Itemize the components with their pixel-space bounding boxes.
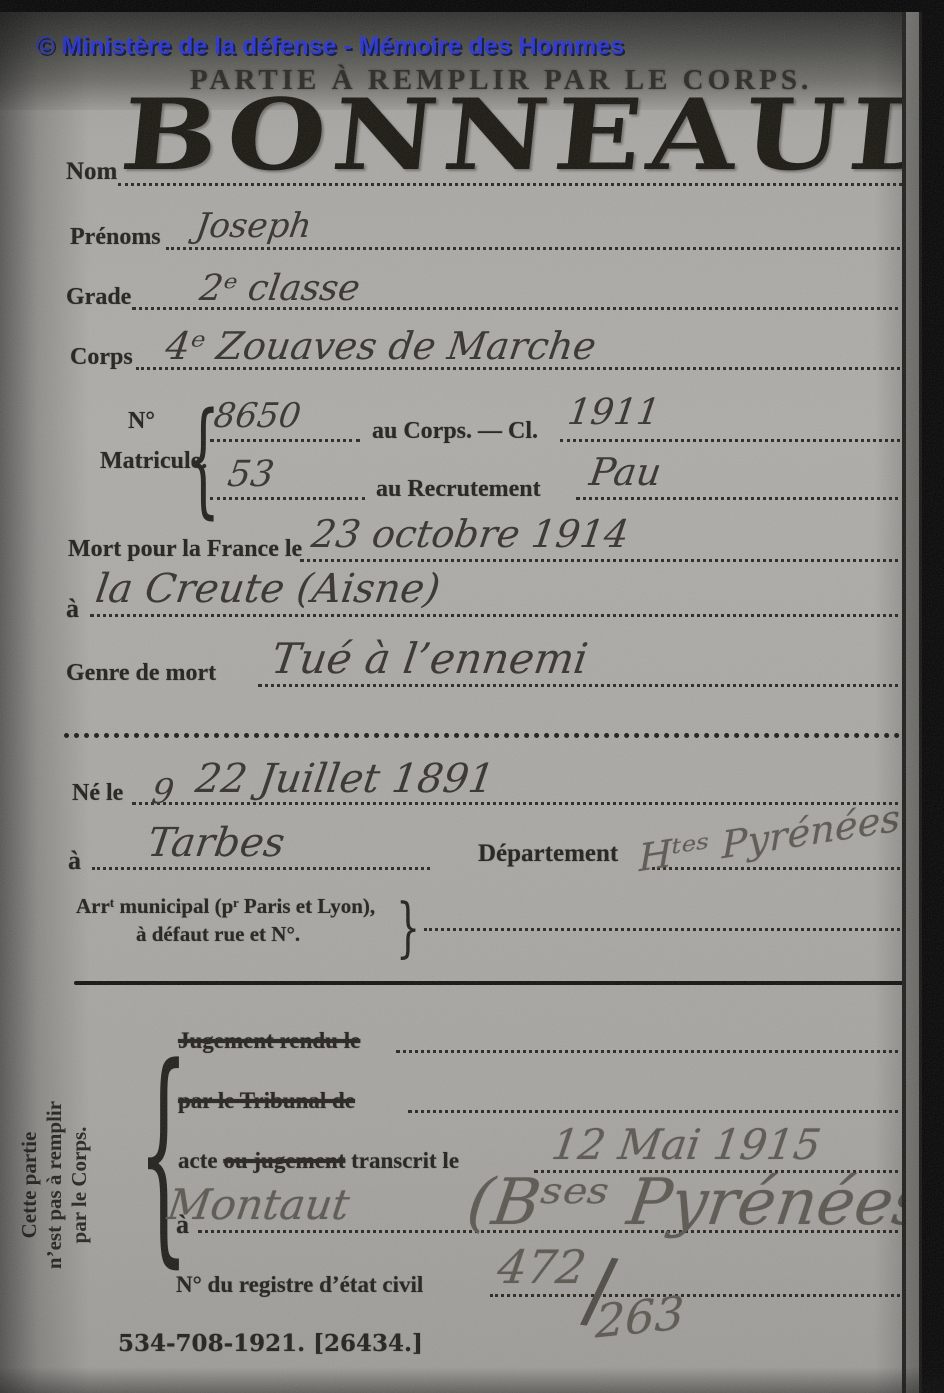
mort-lieu-value: la Creute (Aisne): [93, 566, 443, 612]
ne-lieu-dotted-line: [92, 867, 430, 870]
acte-label-struck: ou jugement: [223, 1148, 345, 1173]
jugement-dotted-line: [396, 1050, 906, 1053]
mort-dotted-line: [300, 559, 906, 562]
sidebar-note-line3: par le Corps.: [67, 1035, 92, 1335]
ministry-watermark: © Ministère de la défense - Mémoire des …: [36, 32, 624, 61]
ne-lieu-label: à: [68, 846, 81, 876]
ne-le-value: 22 Juillet 1891: [193, 756, 498, 802]
matricule-classe-value: 1911: [565, 392, 662, 433]
transcrit-lieu-departement: (Bˢᵉˢ Pyrénées): [463, 1166, 944, 1240]
prenoms-label: Prénoms: [70, 224, 161, 251]
tribunal-dotted-line: [408, 1110, 906, 1113]
registre-dotted-line: [490, 1294, 906, 1297]
matricule-recr-value: 53: [225, 454, 277, 495]
genre-mort-label: Genre de mort: [66, 660, 216, 687]
mort-value: 23 octobre 1914: [309, 512, 632, 556]
registre-denominator: 263: [595, 1286, 686, 1349]
right-black-margin: [922, 0, 944, 1393]
grade-label: Grade: [66, 284, 131, 311]
matricule-label-line1: N°: [128, 408, 155, 435]
sidebar-note-line1: Cette partie: [17, 1035, 42, 1335]
mort-label: Mort pour la France le: [68, 536, 302, 563]
nom-dotted-line: [118, 183, 908, 186]
arr-municipal-brace: }: [396, 890, 420, 965]
adjacent-page-sliver: [906, 0, 919, 1393]
arr-municipal-label-line1: Arrᵗ municipal (pʳ Paris et Lyon),: [76, 894, 375, 919]
surname-handwritten: BONNEAUD: [116, 78, 944, 193]
jugement-label: Jugement rendu le: [178, 1028, 360, 1054]
departement-label: Département: [478, 840, 618, 868]
section-divider-solid: [74, 981, 928, 985]
transcrit-lieu-value: Montaut: [165, 1180, 353, 1229]
registre-numerator: 472: [494, 1240, 589, 1294]
matricule-corps-dotted: [210, 439, 360, 442]
matricule-classe-dotted: [560, 439, 906, 442]
matricule-corps-label: au Corps. — Cl.: [372, 418, 538, 445]
genre-mort-dotted-line: [258, 684, 906, 687]
matricule-corps-value: 8650: [211, 396, 303, 436]
prenoms-dotted-line: [166, 247, 906, 250]
arr-municipal-label-line2: à défaut rue et N°.: [136, 922, 300, 947]
acte-label: acte ou jugement transcrit le: [178, 1148, 459, 1174]
paren-text: (Bˢᵉˢ Pyrénées): [463, 1166, 944, 1240]
matricule-place-dotted: [576, 497, 906, 500]
corps-value: 4ᵉ Zouaves de Marche: [163, 324, 599, 368]
matricule-recr-place: Pau: [587, 450, 664, 494]
matricule-recr-label: au Recrutement: [376, 476, 541, 503]
grade-value: 2ᵉ classe: [197, 268, 362, 309]
tribunal-label: par le Tribunal de: [178, 1088, 355, 1114]
corps-label: Corps: [70, 344, 133, 371]
sidebar-note-line2: n’est pas à remplir: [42, 1035, 67, 1335]
genre-mort-value: Tué à l’ennemi: [269, 634, 591, 683]
mort-lieu-dotted-line: [90, 614, 906, 617]
ne-le-label: Né le: [72, 780, 123, 807]
section-divider-dotted: [64, 733, 910, 738]
sidebar-note: Cette partie n’est pas à remplir par le …: [17, 1035, 127, 1335]
acte-label-part2: transcrit le: [345, 1148, 459, 1173]
ne-lieu-value: Tarbes: [145, 820, 288, 866]
matricule-recr-dotted: [210, 497, 365, 500]
registre-label: N° du registre d’état civil: [176, 1272, 423, 1298]
arr-municipal-dotted-line: [424, 928, 906, 931]
prenoms-value: Joseph: [193, 206, 314, 246]
scanned-death-record-card: © Ministère de la défense - Mémoire des …: [0, 0, 944, 1393]
nom-label: Nom: [66, 158, 117, 186]
top-black-margin: [0, 0, 944, 12]
acte-label-part1: acte: [178, 1148, 223, 1173]
mort-lieu-label: à: [66, 594, 79, 624]
form-imprint: 534-708-1921. [26434.]: [118, 1330, 423, 1357]
ne-le-dotted-line: [132, 802, 906, 805]
acte-value: 12 Mai 1915: [549, 1120, 824, 1169]
